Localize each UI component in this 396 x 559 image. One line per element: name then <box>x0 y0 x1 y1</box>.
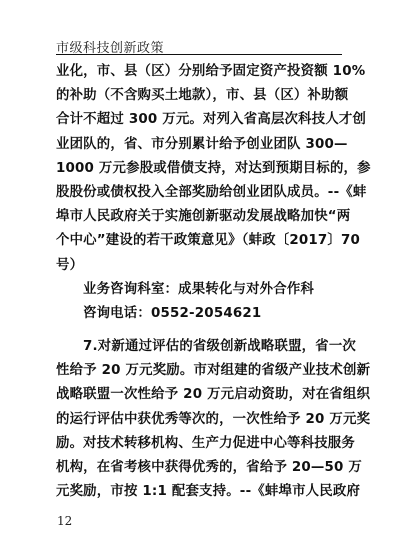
text-line: 元奖励，市按 1:1 配套支持。--《蚌埠市人民政府 <box>56 480 346 504</box>
text-line: 性给予 20 万元奖励。市对组建的省级产业技术创新 <box>56 359 346 383</box>
contact-info: 业务咨询科室：成果转化与对外合作科 咨询电话：0552-2054621 <box>56 278 346 326</box>
text-line: 股股份或债权投入全部奖励给创业团队成员。--《蚌 <box>56 181 346 205</box>
text-line: 个中心”建设的若干政策意见》（蚌政〔2017〕70 <box>56 229 346 253</box>
text-line: 的补助（不含购买土地款），市、县（区）补助额 <box>56 84 346 108</box>
paragraph-1: 业化，市、县（区）分别给予固定资产投资额 10% 的补助（不含购买土地款），市、… <box>56 60 346 278</box>
text-line: 机构，在省考核中获得优秀的，省给予 20—50 万 <box>56 456 346 480</box>
paragraph-gap <box>56 326 346 335</box>
text-line: 励。对技术转移机构、生产力促进中心等科技服务 <box>56 432 346 456</box>
text-line: 战略联盟一次性给予 20 万元启动资助，对在省组织 <box>56 383 346 407</box>
text-line: 号） <box>56 254 346 278</box>
consult-phone: 咨询电话：0552-2054621 <box>56 302 346 326</box>
text-line: 的运行评估中获优秀等次的，一次性给予 20 万元奖 <box>56 408 346 432</box>
text-line: 业团队的，省、市分别累计给予创业团队 300— <box>56 133 346 157</box>
consult-department: 业务咨询科室：成果转化与对外合作科 <box>56 278 346 302</box>
text-line: 7.对新通过评估的省级创新战略联盟，省一次 <box>56 335 346 359</box>
page-number: 12 <box>57 514 72 528</box>
page-body: 业化，市、县（区）分别给予固定资产投资额 10% 的补助（不含购买土地款），市、… <box>56 60 346 504</box>
text-line: 合计不超过 300 万元。对列入省高层次科技人才创 <box>56 108 346 132</box>
text-line: 业化，市、县（区）分别给予固定资产投资额 10% <box>56 60 346 84</box>
header-rule <box>56 54 342 55</box>
paragraph-2: 7.对新通过评估的省级创新战略联盟，省一次 性给予 20 万元奖励。市对组建的省… <box>56 335 346 504</box>
text-line: 1000 万元参股或借债支持，对达到预期目标的，参 <box>56 157 346 181</box>
text-line: 埠市人民政府关于实施创新驱动发展战略加快“两 <box>56 205 346 229</box>
